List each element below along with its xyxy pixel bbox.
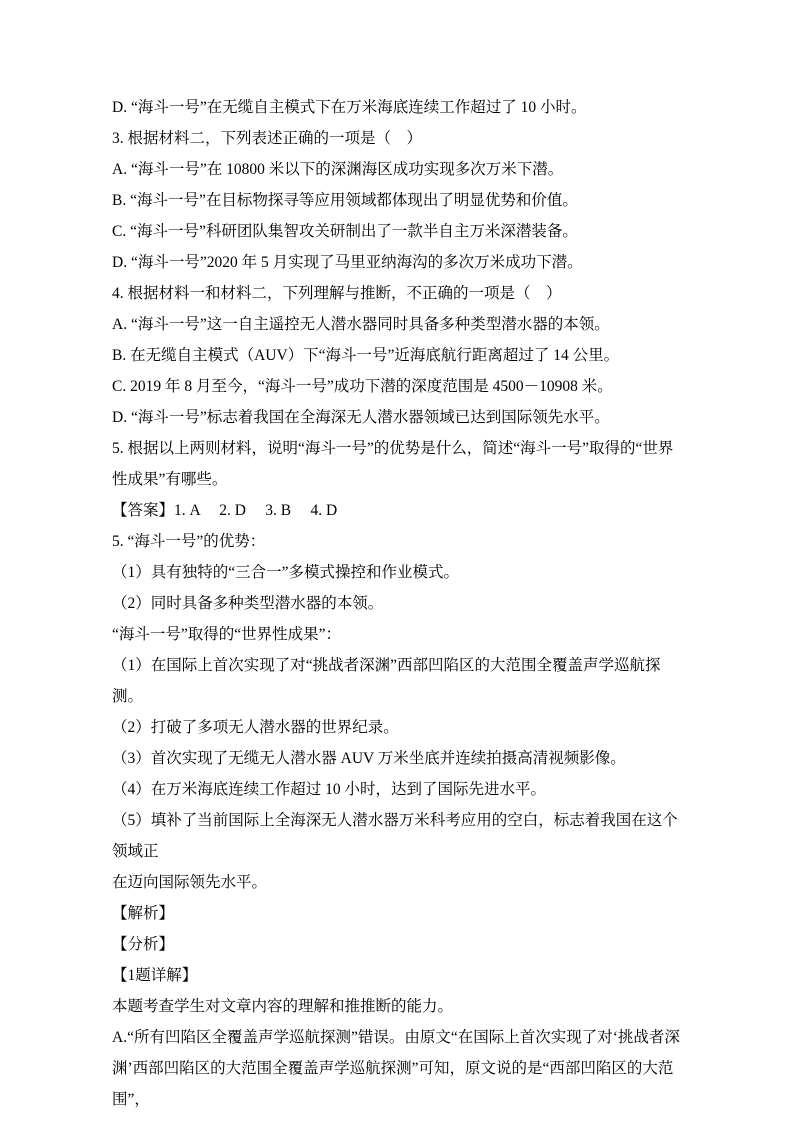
text-line: D. “海斗一号”标志着我国在全海深无人潜水器领域已达到国际领先水平。 (112, 402, 690, 433)
text-line: A. “海斗一号”这一自主遥控无人潜水器同时具备多种类型潜水器的本领。 (112, 309, 690, 340)
q3-option-b: B. “海斗一号”在目标物探寻等应用领域都体现出了明显优势和价值。 (112, 185, 690, 216)
q3-option-a: A. “海斗一号”在 10800 米以下的深渊海区成功实现多次万米下潜。 (112, 154, 690, 185)
text-line: 本题考查学生对文章内容的理解和推推断的能力。 (112, 991, 690, 1022)
text-line: （1）在国际上首次实现了对“挑战者深渊”西部凹陷区的大范围全覆盖声学巡航探测。 (112, 650, 690, 712)
text-line: A. “海斗一号”在 10800 米以下的深渊海区成功实现多次万米下潜。 (112, 154, 690, 185)
text-line: A.“所有凹陷区全覆盖声学巡航探测”错误。由原文“在国际上首次实现了对‘挑战者深 (112, 1022, 690, 1053)
achievement-5: （5）填补了当前国际上全海深无人潜水器万米科考应用的空白，标志着我国在这个领域正… (112, 805, 690, 898)
achievement-3: （3）首次实现了无缆无人潜水器 AUV 万米坐底并连续拍摄高清视频影像。 (112, 743, 690, 774)
q4-option-a: A. “海斗一号”这一自主遥控无人潜水器同时具备多种类型潜水器的本领。 (112, 309, 690, 340)
text-line: 渊’西部凹陷区的大范围全覆盖声学巡航探测”可知，原文说的是“西部凹陷区的大范围”… (112, 1053, 690, 1115)
section-label-fenxi: 【分析】 (112, 929, 690, 960)
question-4: 4. 根据材料一和材料二，下列理解与推断，不正确的一项是（ ） (112, 278, 690, 309)
text-line: C. “海斗一号”科研团队集智攻关研制出了一款半自主万米深潜装备。 (112, 216, 690, 247)
advantage-2: （2）同时具备多种类型潜水器的本领。 (112, 588, 690, 619)
advantage-1: （1）具有独特的“三合一”多模式操控和作业模式。 (112, 557, 690, 588)
text-line: 4. 根据材料一和材料二，下列理解与推断，不正确的一项是（ ） (112, 278, 690, 309)
q4-option-c: C. 2019 年 8 月至今，“海斗一号”成功下潜的深度范围是 4500－10… (112, 371, 690, 402)
section-label-jiexi: 【解析】 (112, 898, 690, 929)
text-line: D. “海斗一号”2020 年 5 月实现了马里亚纳海沟的多次万米成功下潜。 (112, 247, 690, 278)
text-line: 5. “海斗一号”的优势： (112, 526, 690, 557)
text-line: 【1题详解】 (112, 960, 690, 991)
text-line: 5. 根据以上两则材料，说明“海斗一号”的优势是什么，简述“海斗一号”取得的“世… (112, 433, 690, 464)
text-line: （3）首次实现了无缆无人潜水器 AUV 万米坐底并连续拍摄高清视频影像。 (112, 743, 690, 774)
document-page: D. “海斗一号”在无缆自主模式下在万米海底连续工作超过了 10 小时。3. 根… (0, 0, 794, 1123)
text-line: 【解析】 (112, 898, 690, 929)
q3-option-d: D. “海斗一号”2020 年 5 月实现了马里亚纳海沟的多次万米成功下潜。 (112, 247, 690, 278)
text-line: 性成果”有哪些。 (112, 464, 690, 495)
answer-5-advantages-heading: 5. “海斗一号”的优势： (112, 526, 690, 557)
achievement-4: （4）在万米海底连续工作超过 10 小时，达到了国际先进水平。 (112, 774, 690, 805)
question-5: 5. 根据以上两则材料，说明“海斗一号”的优势是什么，简述“海斗一号”取得的“世… (112, 433, 690, 495)
text-line: （1）具有独特的“三合一”多模式操控和作业模式。 (112, 557, 690, 588)
q1-explanation-intro: 本题考查学生对文章内容的理解和推推断的能力。 (112, 991, 690, 1022)
q1-explanation-option-a: A.“所有凹陷区全覆盖声学巡航探测”错误。由原文“在国际上首次实现了对‘挑战者深… (112, 1022, 690, 1115)
q3-option-c: C. “海斗一号”科研团队集智攻关研制出了一款半自主万米深潜装备。 (112, 216, 690, 247)
text-line: B. “海斗一号”在目标物探寻等应用领域都体现出了明显优势和价值。 (112, 185, 690, 216)
achievement-1: （1）在国际上首次实现了对“挑战者深渊”西部凹陷区的大范围全覆盖声学巡航探测。 (112, 650, 690, 712)
text-line: （2）同时具备多种类型潜水器的本领。 (112, 588, 690, 619)
answer-key: 【答案】1. A 2. D 3. B 4. D (112, 495, 690, 526)
text-line: 【答案】1. A 2. D 3. B 4. D (112, 495, 690, 526)
document-body: D. “海斗一号”在无缆自主模式下在万米海底连续工作超过了 10 小时。3. 根… (112, 92, 690, 1115)
section-label-q1-detail: 【1题详解】 (112, 960, 690, 991)
text-line: “海斗一号”取得的“世界性成果”： (112, 619, 690, 650)
text-line: （2）打破了多项无人潜水器的世界纪录。 (112, 712, 690, 743)
text-line: D. “海斗一号”在无缆自主模式下在万米海底连续工作超过了 10 小时。 (112, 92, 690, 123)
material-option-d: D. “海斗一号”在无缆自主模式下在万米海底连续工作超过了 10 小时。 (112, 92, 690, 123)
achievement-2: （2）打破了多项无人潜水器的世界纪录。 (112, 712, 690, 743)
text-line: C. 2019 年 8 月至今，“海斗一号”成功下潜的深度范围是 4500－10… (112, 371, 690, 402)
text-line: 【分析】 (112, 929, 690, 960)
text-line: B. 在无缆自主模式（AUV）下“海斗一号”近海底航行距离超过了 14 公里。 (112, 340, 690, 371)
question-3: 3. 根据材料二，下列表述正确的一项是（ ） (112, 123, 690, 154)
q4-option-b: B. 在无缆自主模式（AUV）下“海斗一号”近海底航行距离超过了 14 公里。 (112, 340, 690, 371)
text-line: （4）在万米海底连续工作超过 10 小时，达到了国际先进水平。 (112, 774, 690, 805)
q4-option-d: D. “海斗一号”标志着我国在全海深无人潜水器领域已达到国际领先水平。 (112, 402, 690, 433)
text-line: 3. 根据材料二，下列表述正确的一项是（ ） (112, 123, 690, 154)
achievements-heading: “海斗一号”取得的“世界性成果”： (112, 619, 690, 650)
text-line: （5）填补了当前国际上全海深无人潜水器万米科考应用的空白，标志着我国在这个领域正 (112, 805, 690, 867)
text-line: 在迈向国际领先水平。 (112, 867, 690, 898)
